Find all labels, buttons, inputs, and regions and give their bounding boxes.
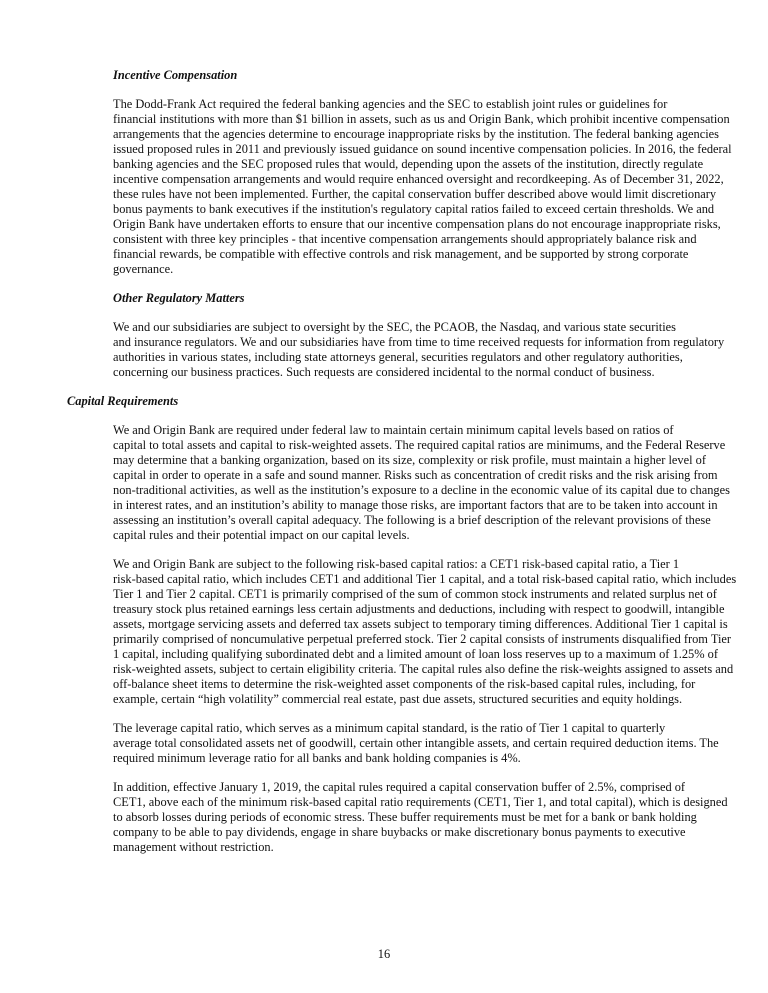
text-line: We and our subsidiaries are subject to o…: [67, 320, 719, 335]
text-line: assessing an institution’s overall capit…: [67, 513, 719, 528]
text-line: risk-weighted assets, subject to certain…: [67, 662, 719, 677]
text-line: assets, mortgage servicing assets and de…: [67, 617, 719, 632]
text-line: capital in order to operate in a safe an…: [67, 468, 719, 483]
text-line: company to be able to pay dividends, eng…: [67, 825, 719, 840]
section-heading: Incentive Compensation: [67, 68, 719, 83]
text-line: We and Origin Bank are required under fe…: [67, 423, 719, 438]
text-line: financial rewards, be compatible with ef…: [67, 247, 719, 262]
page-number: 16: [0, 947, 768, 962]
text-line: arrangements that the agencies determine…: [67, 127, 719, 142]
section-heading: Capital Requirements: [67, 394, 719, 409]
text-line: and insurance regulators. We and our sub…: [67, 335, 719, 350]
text-line: governance.: [67, 262, 719, 277]
text-line: authorities in various states, including…: [67, 350, 719, 365]
text-line: risk-based capital ratio, which includes…: [67, 572, 719, 587]
text-line: non-traditional activities, as well as t…: [67, 483, 719, 498]
text-line: bonus payments to bank executives if the…: [67, 202, 719, 217]
document-page: Incentive CompensationThe Dodd-Frank Act…: [67, 68, 719, 869]
body-paragraph: We and Origin Bank are required under fe…: [67, 423, 719, 543]
text-line: In addition, effective January 1, 2019, …: [67, 780, 719, 795]
text-line: primarily comprised of noncumulative per…: [67, 632, 719, 647]
body-paragraph: We and our subsidiaries are subject to o…: [67, 320, 719, 380]
text-line: treasury stock plus retained earnings le…: [67, 602, 719, 617]
text-line: issued proposed rules in 2011 and previo…: [67, 142, 719, 157]
text-line: Origin Bank have undertaken efforts to e…: [67, 217, 719, 232]
text-line: We and Origin Bank are subject to the fo…: [67, 557, 719, 572]
text-line: average total consolidated assets net of…: [67, 736, 719, 751]
text-line: capital to total assets and capital to r…: [67, 438, 719, 453]
body-paragraph: The leverage capital ratio, which serves…: [67, 721, 719, 766]
text-line: these rules have not been implemented. F…: [67, 187, 719, 202]
text-line: management without restriction.: [67, 840, 719, 855]
text-line: to absorb losses during periods of econo…: [67, 810, 719, 825]
text-line: may determine that a banking organizatio…: [67, 453, 719, 468]
text-line: required minimum leverage ratio for all …: [67, 751, 719, 766]
body-paragraph: The Dodd-Frank Act required the federal …: [67, 97, 719, 277]
text-line: off-balance sheet items to determine the…: [67, 677, 719, 692]
text-line: The leverage capital ratio, which serves…: [67, 721, 719, 736]
text-line: banking agencies and the SEC proposed ru…: [67, 157, 719, 172]
text-line: financial institutions with more than $1…: [67, 112, 719, 127]
text-line: capital rules and their potential impact…: [67, 528, 719, 543]
body-paragraph: In addition, effective January 1, 2019, …: [67, 780, 719, 855]
text-line: 1 capital, including qualifying subordin…: [67, 647, 719, 662]
section-heading: Other Regulatory Matters: [67, 291, 719, 306]
text-line: Tier 1 and Tier 2 capital. CET1 is prima…: [67, 587, 719, 602]
text-line: concerning our business practices. Such …: [67, 365, 719, 380]
text-line: example, certain “high volatility” comme…: [67, 692, 719, 707]
text-line: The Dodd-Frank Act required the federal …: [67, 97, 719, 112]
text-line: CET1, above each of the minimum risk-bas…: [67, 795, 719, 810]
body-paragraph: We and Origin Bank are subject to the fo…: [67, 557, 719, 707]
text-line: consistent with three key principles - t…: [67, 232, 719, 247]
text-line: in interest rates, and an institution’s …: [67, 498, 719, 513]
text-line: incentive compensation arrangements and …: [67, 172, 719, 187]
